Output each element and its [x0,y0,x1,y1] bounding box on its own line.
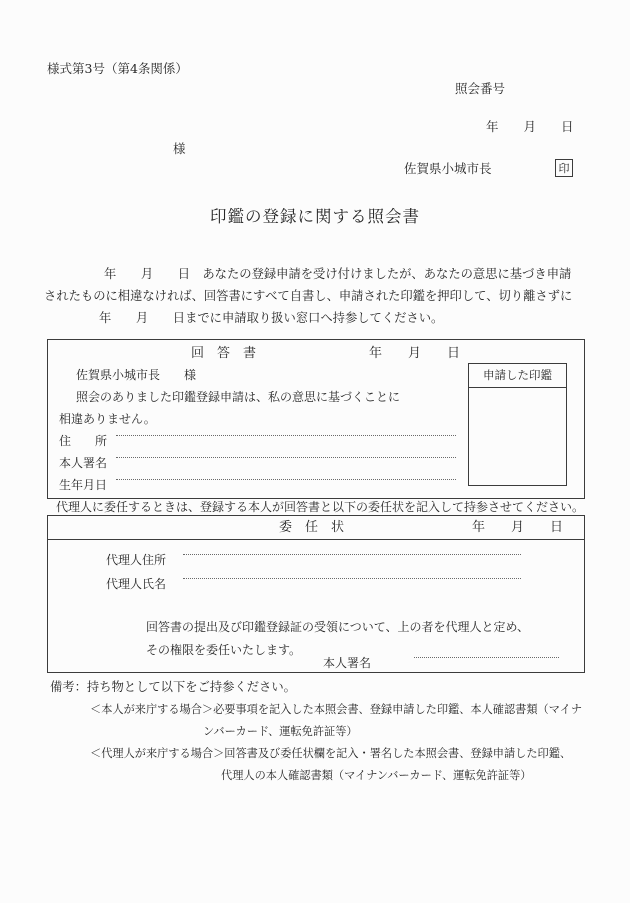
reply-form-date-placeholder: 年 月 日 [369,345,460,363]
page-title: 印鑑の登録に関する照会書 [0,206,630,228]
proxy-statement-line-1: 回答書の提出及び印鑑登録証の受領について、上の者を代理人と定め、 [146,619,529,635]
address-field-line [116,420,456,436]
principal-signature-label: 本人署名 [323,655,371,671]
addressee-suffix: 様 [173,141,186,158]
mayor-title: 佐賀県小城市長 [404,161,492,178]
reply-statement-line-1: 照会のありました印鑑登録申請は、私の意思に基づくことに [76,389,400,405]
proxy-address-field-line [183,539,521,555]
document-page: 様式第3号（第4条関係） 照会番号 年 月 日 様 佐賀県小城市長 印 印鑑の登… [0,0,630,903]
address-field-label: 住 所 [59,433,107,449]
birthdate-field-line [116,464,456,480]
proxy-statement-line-2: その権限を委任いたします。 [146,642,301,658]
proxy-form-box: 委 任 状 年 月 日 代理人住所 代理人氏名 回答書の提出及び印鑑登録証の受領… [47,515,585,673]
signature-field-label: 本人署名 [59,455,107,471]
applied-seal-box: 申請した印鑑 [468,363,567,486]
remarks-in-person-line-2: ンバーカード、運転免許証等） [203,724,358,739]
inquiry-number-label: 照会番号 [455,81,505,98]
remarks-in-person-line-1: ＜本人が来庁する場合＞必要事項を記入した本照会書、登録申請した印鑑、本人確認書類… [90,702,582,717]
principal-signature-line [414,642,559,658]
reply-form-box: 回 答 書 年 月 日 佐賀県小城市長 様 照会のありました印鑑登録申請は、私の… [47,339,585,499]
seal-placeholder-icon: 印 [555,159,573,177]
birthdate-field-label: 生年月日 [59,477,107,493]
body-line-3: 年 月 日までに申請取り扱い窓口へ持参してください。 [99,310,443,327]
form-number: 様式第3号（第4条関係） [47,61,188,78]
proxy-form-title: 委 任 状 [279,519,344,537]
reply-form-title: 回 答 書 [191,345,256,363]
seal-mark-label: 印 [559,160,570,176]
body-line-2: されたものに相違なければ、回答書にすべて自書し、申請された印鑑を押印して、切り離… [44,288,572,305]
proxy-name-field-label: 代理人氏名 [106,576,166,592]
delegation-note: 代理人に委任するときは、登録する本人が回答書と以下の委任状を記入して持参させてく… [56,499,584,515]
applied-seal-box-label: 申請した印鑑 [469,364,566,388]
remarks-proxy-line-1: ＜代理人が来庁する場合＞回答書及び委任状欄を記入・署名した本照会書、登録申請した… [90,746,571,761]
proxy-address-field-label: 代理人住所 [106,552,166,568]
body-line-1: 年 月 日 あなたの登録申請を受け付けましたが、あなたの意思に基づき申請 [104,266,571,283]
signature-field-line [116,442,456,458]
header-date-placeholder: 年 月 日 [486,119,574,136]
proxy-form-date-placeholder: 年 月 日 [472,519,563,537]
proxy-name-field-line [183,563,521,579]
remarks-proxy-line-2: 代理人の本人確認書類（マイナンバーカード、運転免許証等） [221,768,531,783]
remarks-intro: 備考：持ち物として以下をご持参ください。 [50,679,296,696]
reply-form-addressee: 佐賀県小城市長 様 [76,367,196,383]
